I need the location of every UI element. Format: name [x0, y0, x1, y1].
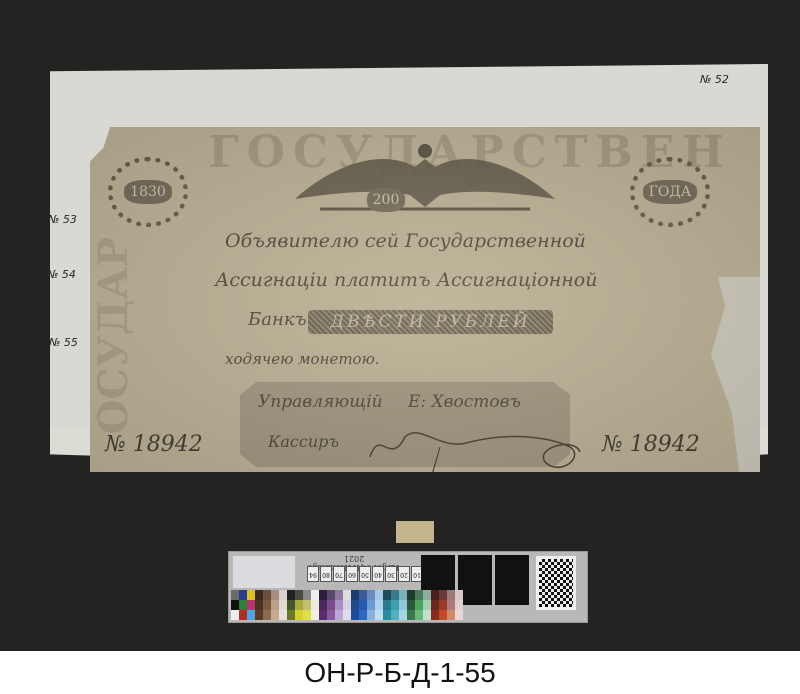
cashier-label: Кассиръ [268, 432, 339, 451]
year-wreath-right: ГОДА [630, 157, 710, 227]
pencil-mark-left-3: № 55 [49, 336, 78, 349]
gray-step: 70 [333, 566, 345, 582]
color-calibration-target: Target 9QR Hermitage 2021 94 80 70 60 50… [228, 551, 588, 623]
manager-label: Управляющiй [258, 392, 383, 412]
serial-number-right: № 18942 [602, 432, 700, 457]
watermark-text: ГОСУДАРСТВЕН [170, 127, 770, 178]
watermark-side-text: ОСУДАР [90, 237, 137, 434]
gray-step: 20 [398, 566, 410, 582]
color-patches [231, 590, 463, 620]
gray-step-labels: 94 80 70 60 50 40 30 20 10 2 [307, 566, 437, 582]
text-line-1: Объявителю сей Государственной [225, 230, 586, 252]
text-line-4: ходячею монетою. [225, 350, 380, 368]
denomination-numeral: 200 [367, 188, 406, 212]
torn-edge [690, 277, 760, 472]
resolution-ramp [495, 555, 529, 605]
pencil-mark-left-1: № 53 [48, 213, 77, 226]
pencil-mark-left-2: № 54 [47, 268, 76, 281]
banknote: ГОСУДАРСТВЕН ОСУДАР 200 1830 ГОДА Объяви… [90, 127, 760, 472]
gray-step: 30 [385, 566, 397, 582]
gray-step: 50 [359, 566, 371, 582]
gray-step: 94 [307, 566, 319, 582]
signature-panel [240, 382, 570, 467]
manager-signature: Е: Хвостовъ [408, 392, 521, 412]
white-reference-patch [233, 556, 295, 588]
adhesive-tape [396, 521, 434, 543]
serial-number-left: № 18942 [105, 432, 203, 457]
year-right: ГОДА [643, 180, 698, 204]
double-headed-eagle-icon [290, 137, 560, 217]
archival-photo: № 52 № 53 № 54 № 55 ГОСУДАРСТВЕН ОСУДАР … [0, 0, 800, 651]
pencil-mark-top-right: № 52 [700, 73, 729, 86]
gray-step: 80 [320, 566, 332, 582]
gray-step: 60 [346, 566, 358, 582]
gray-step: 40 [372, 566, 384, 582]
text-line-2: Ассигнацiи платитъ Ассигнацiонной [215, 269, 597, 291]
year-left: 1830 [124, 180, 172, 204]
catalog-caption: ОН-Р-Б-Д-1-55 [0, 651, 800, 694]
amount-panel: ДВѢСТИ РУБЛЕЙ [308, 310, 553, 334]
qr-code-icon [536, 556, 576, 610]
center-medallion: 200 [365, 184, 407, 216]
cashier-signature-icon [360, 417, 590, 487]
year-wreath-left: 1830 [108, 157, 188, 227]
resolution-ramp [458, 555, 492, 605]
text-line-3-prefix: Банкъ [248, 309, 307, 330]
